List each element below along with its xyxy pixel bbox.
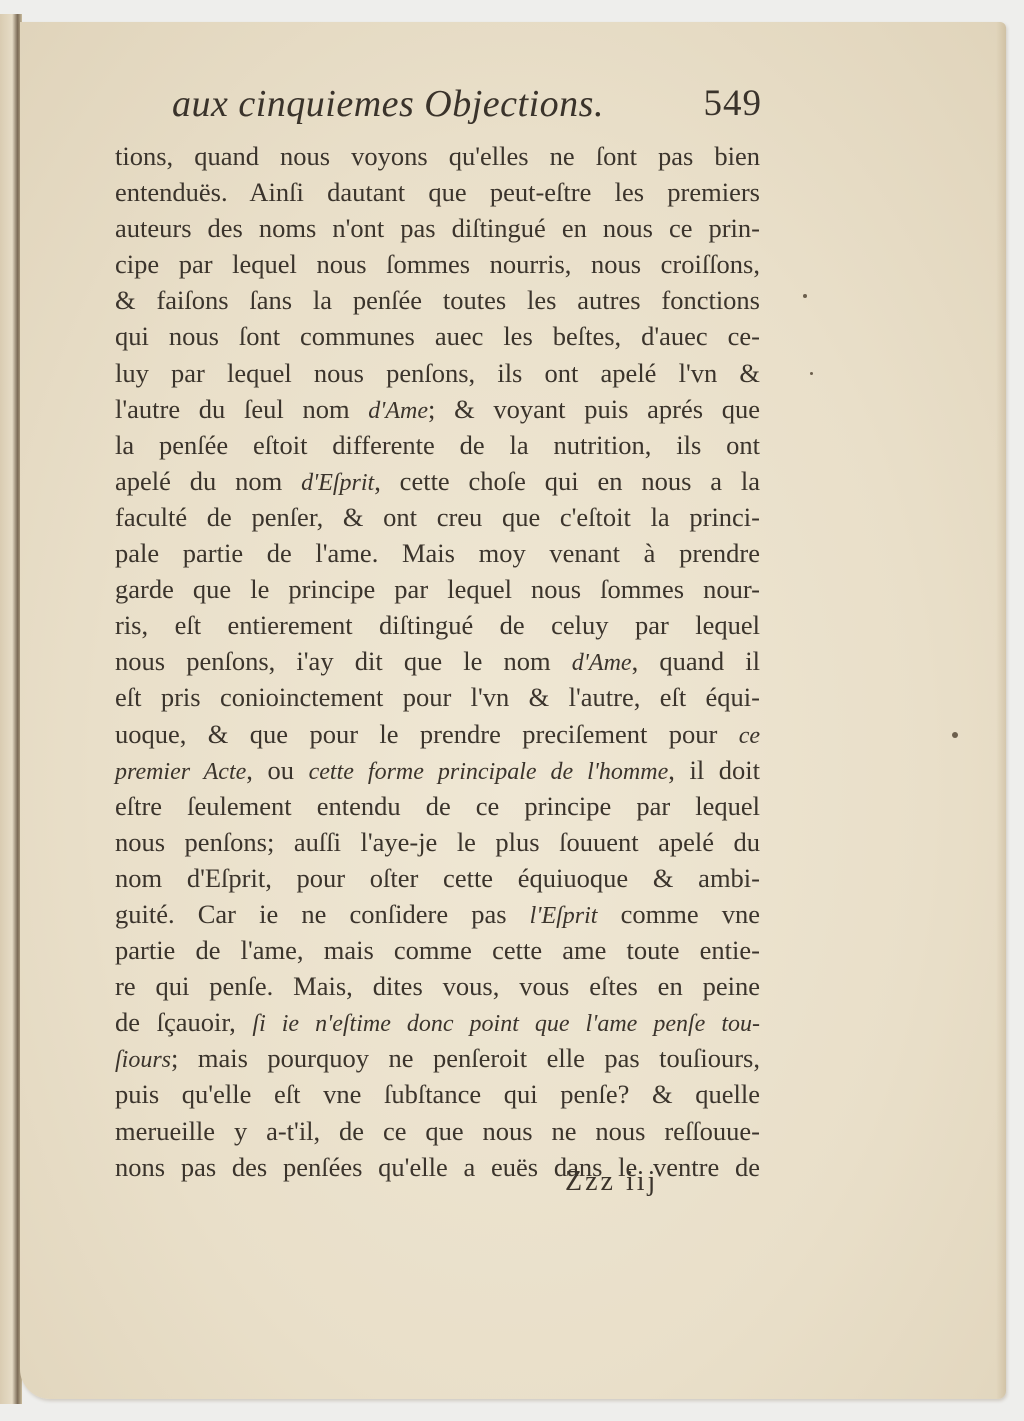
text-line: ris, eſt entierement diſtingué de celuy … (115, 607, 760, 643)
paper-speck (952, 732, 958, 738)
text-segment: , il doit (668, 755, 760, 785)
text-line: garde que le principe par lequel nous ſo… (115, 571, 760, 607)
text-line: eſtre ſeulement entendu de ce principe p… (115, 788, 760, 824)
text-line: partie de l'ame, mais comme cette ame to… (115, 932, 760, 968)
text-segment: merueille y a-t'il, de ce que nous ne no… (115, 1116, 760, 1146)
text-line: de ſçauoir, ſi ie n'eſtime donc point qu… (115, 1004, 760, 1040)
italic-segment: d'Ame (368, 398, 428, 424)
italic-segment: cette forme principale de l'homme (309, 759, 669, 785)
text-line: eſt pris conioinctement pour l'vn & l'au… (115, 679, 760, 715)
italic-segment: d'Ame (572, 650, 632, 676)
text-line: nom d'Eſprit, pour oſter cette équiuoque… (115, 860, 760, 896)
text-segment: , quand il (632, 646, 760, 676)
paper-speck (810, 372, 813, 375)
text-segment: pale partie de l'ame. Mais moy venant à … (115, 538, 760, 568)
body-text: tions, quand nous voyons qu'elles ne ſon… (115, 138, 760, 1185)
page-number: 549 (704, 82, 763, 125)
text-segment: la penſée eſtoit differente de la nutrit… (115, 430, 760, 460)
paper-speck (803, 294, 807, 298)
text-line: apelé du nom d'Eſprit, cette choſe qui e… (115, 463, 760, 499)
italic-segment: ce (739, 723, 760, 749)
text-segment: entenduës. Ainſi dautant que peut-eſtre … (115, 177, 760, 207)
text-line: pale partie de l'ame. Mais moy venant à … (115, 535, 760, 571)
text-line: ſiours; mais pourquoy ne penſeroit elle … (115, 1040, 760, 1076)
signature-mark: Zzz iij (565, 1166, 658, 1198)
text-segment: garde que le principe par lequel nous ſo… (115, 574, 760, 604)
text-segment: faculté de penſer, & ont creu que c'eſto… (115, 502, 760, 532)
text-line: nons pas des penſées qu'elle a euës dans… (115, 1149, 760, 1185)
text-segment: ; mais pourquoy ne penſeroit elle pas to… (171, 1043, 760, 1073)
text-line: faculté de penſer, & ont creu que c'eſto… (115, 499, 760, 535)
text-segment: nous penſons, i'ay dit que le nom (115, 646, 572, 676)
text-segment: comme vne (597, 899, 760, 929)
text-segment: ris, eſt entierement diſtingué de celuy … (115, 610, 760, 640)
text-segment: eſt pris conioinctement pour l'vn & l'au… (115, 682, 760, 712)
text-segment: nous penſons; auſſi l'aye-je le plus ſou… (115, 827, 760, 857)
text-segment: ; & voyant puis aprés que (428, 394, 760, 424)
text-line: tions, quand nous voyons qu'elles ne ſon… (115, 138, 760, 174)
text-segment: luy par lequel nous penſons, ils ont ape… (115, 358, 760, 388)
text-segment: uoque, & que pour le prendre preciſement… (115, 719, 739, 749)
text-line: luy par lequel nous penſons, ils ont ape… (115, 355, 760, 391)
italic-segment: premier Acte (115, 759, 246, 785)
text-line: nous penſons, i'ay dit que le nom d'Ame,… (115, 643, 760, 679)
text-segment: tions, quand nous voyons qu'elles ne ſon… (115, 141, 760, 171)
text-segment: de ſçauoir, (115, 1007, 252, 1037)
running-title: aux cinquiemes Objections. (172, 82, 604, 126)
text-segment: , ou (246, 755, 308, 785)
text-segment: puis qu'elle eſt vne ſubſtance qui penſe… (115, 1079, 760, 1109)
text-line: re qui penſe. Mais, dites vous, vous eſt… (115, 968, 760, 1004)
text-line: premier Acte, ou cette forme principale … (115, 752, 760, 788)
text-segment: & faiſons ſans la penſée toutes les autr… (115, 285, 760, 315)
italic-segment: ſi ie n'eſtime donc point que l'ame penſ… (252, 1011, 760, 1037)
italic-segment: d'Eſprit (301, 470, 374, 496)
text-segment: eſtre ſeulement entendu de ce principe p… (115, 791, 760, 821)
text-segment: cipe par lequel nous ſommes nourris, nou… (115, 249, 760, 279)
text-line: cipe par lequel nous ſommes nourris, nou… (115, 246, 760, 282)
text-segment: l'autre du ſeul nom (115, 394, 368, 424)
text-line: qui nous ſont communes auec les beſtes, … (115, 318, 760, 354)
text-segment: partie de l'ame, mais comme cette ame to… (115, 935, 760, 965)
text-segment: , cette choſe qui en nous a la (374, 466, 760, 496)
text-line: & faiſons ſans la penſée toutes les autr… (115, 282, 760, 318)
text-segment: re qui penſe. Mais, dites vous, vous eſt… (115, 971, 760, 1001)
text-line: guité. Car ie ne conſidere pas l'Eſprit … (115, 896, 760, 932)
text-line: uoque, & que pour le prendre preciſement… (115, 716, 760, 752)
italic-segment: ſiours (115, 1047, 171, 1073)
text-segment: nons pas des penſées qu'elle a euës dans… (115, 1152, 760, 1182)
text-line: puis qu'elle eſt vne ſubſtance qui penſe… (115, 1076, 760, 1112)
text-line: auteurs des noms n'ont pas diſtingué en … (115, 210, 760, 246)
text-line: entenduës. Ainſi dautant que peut-eſtre … (115, 174, 760, 210)
italic-segment: l'Eſprit (530, 903, 598, 929)
text-segment: nom d'Eſprit, pour oſter cette équiuoque… (115, 863, 760, 893)
text-line: la penſée eſtoit differente de la nutrit… (115, 427, 760, 463)
book-spine-edge (0, 14, 22, 1404)
text-line: nous penſons; auſſi l'aye-je le plus ſou… (115, 824, 760, 860)
text-segment: apelé du nom (115, 466, 301, 496)
text-segment: guité. Car ie ne conſidere pas (115, 899, 530, 929)
running-head: aux cinquiemes Objections. 549 (172, 82, 762, 132)
text-segment: auteurs des noms n'ont pas diſtingué en … (115, 213, 760, 243)
text-line: l'autre du ſeul nom d'Ame; & voyant puis… (115, 391, 760, 427)
text-segment: qui nous ſont communes auec les beſtes, … (115, 321, 760, 351)
text-line: merueille y a-t'il, de ce que nous ne no… (115, 1113, 760, 1149)
